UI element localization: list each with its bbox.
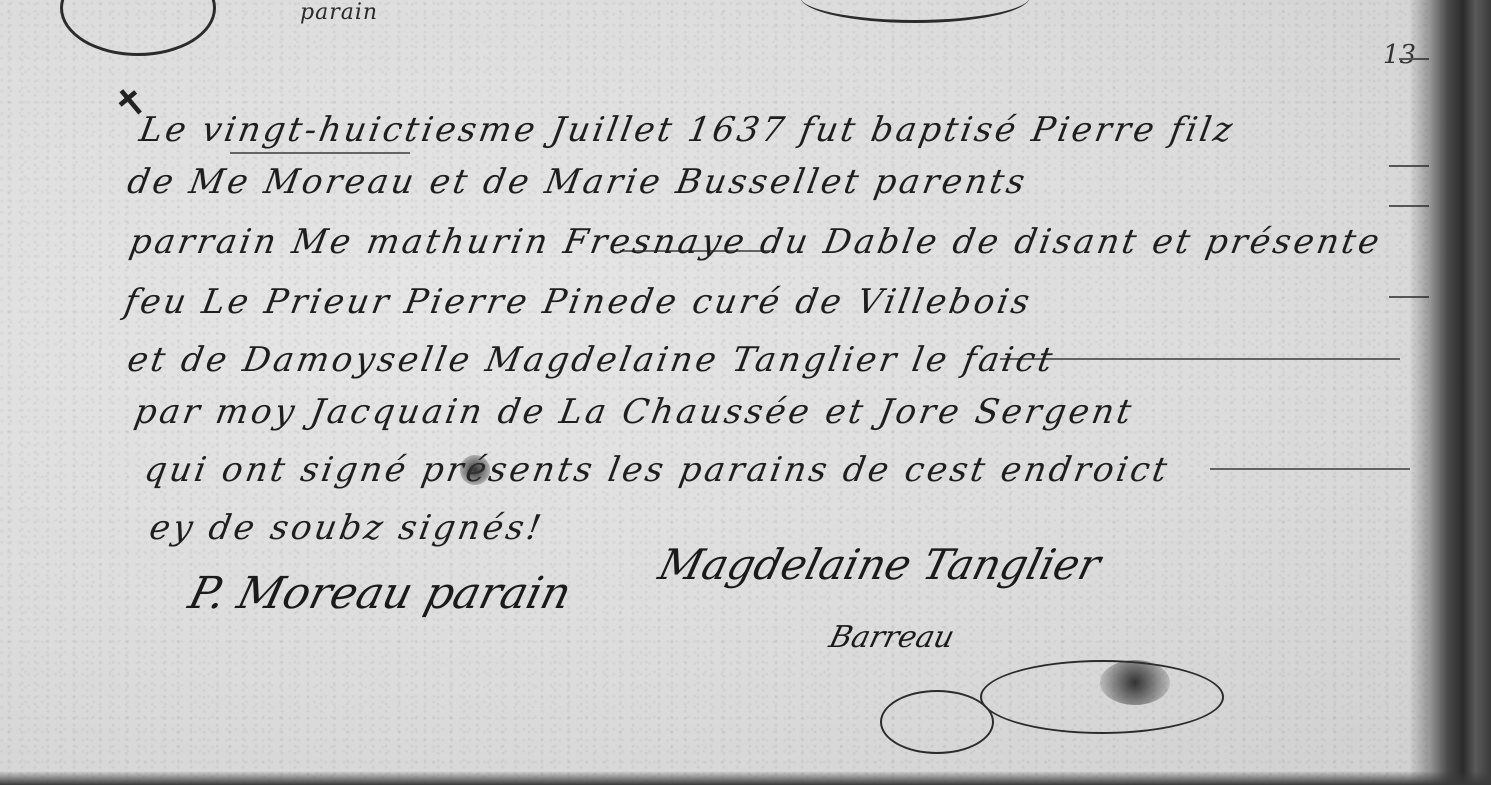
- signature-paraph-flourish: [880, 690, 994, 754]
- book-binding: [1429, 0, 1491, 785]
- ink-blot: [460, 455, 490, 485]
- entry-line-2: de Me Moreau et de Marie Bussellet paren…: [124, 162, 1030, 202]
- signature-priest: Barreau: [826, 620, 958, 655]
- line-filler-rule: [1000, 358, 1400, 360]
- entry-line-3: parrain Me mathurin Fresnaye du Dable de…: [126, 222, 1385, 262]
- binding-shadow: [1409, 0, 1429, 785]
- entry-line-4: feu Le Prieur Pierre Pinede curé de Vill…: [121, 282, 1035, 322]
- signature-godfather: P. Moreau parain: [184, 568, 577, 619]
- entry-line-5: et de Damoyselle Magdelaine Tanglier le …: [124, 340, 1058, 380]
- signature-godmother: Magdelaine Tanglier: [654, 540, 1106, 589]
- page-bottom-edge: [0, 771, 1491, 785]
- previous-entry-fragment: parain: [300, 0, 378, 25]
- line-filler-rule: [1210, 468, 1410, 470]
- line-filler-rule: [230, 152, 410, 154]
- previous-entry-flourish-right: [800, 0, 1030, 23]
- previous-entry-flourish: [60, 0, 216, 56]
- signature-paraph-flourish: [980, 660, 1224, 734]
- entry-line-1: Le vingt-huictiesme Juillet 1637 fut bap…: [136, 110, 1238, 150]
- entry-line-7: qui ont signé présents les parains de ce…: [141, 450, 1172, 490]
- ink-blot: [1100, 660, 1170, 705]
- entry-line-6: par moy Jacquain de La Chaussée et Jore …: [131, 392, 1137, 432]
- entry-line-8: ey de soubz signés!: [146, 508, 546, 548]
- manuscript-page: parain ✝ Le vingt-huictiesme Juillet 163…: [0, 0, 1491, 785]
